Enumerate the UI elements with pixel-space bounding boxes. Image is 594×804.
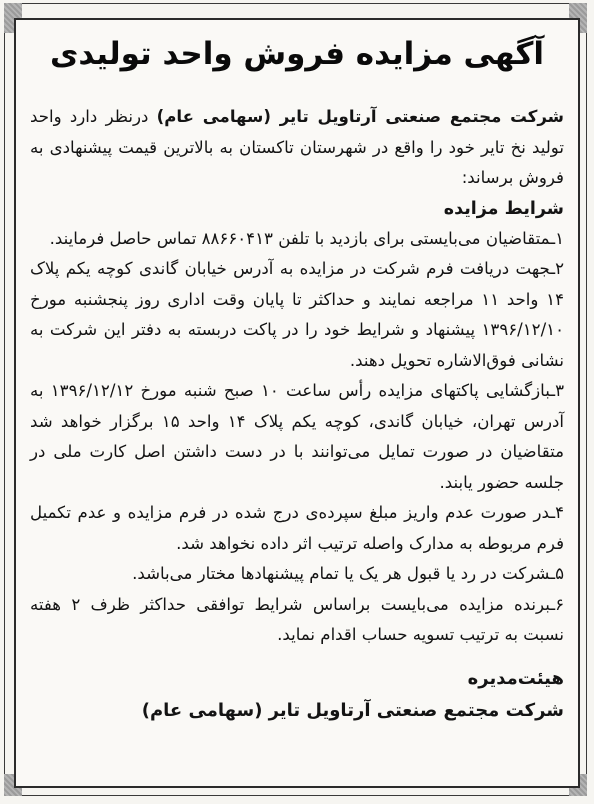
condition-item-2: ۲ـجهت دریافت فرم شرکت در مزایده به آدرس … [30, 254, 564, 376]
conditions-heading: شرایط مزایده [30, 194, 564, 224]
notice-box: آگهی مزایده فروش واحد تولیدی شرکت مجتمع … [14, 18, 580, 788]
intro-paragraph: شرکت مجتمع صنعتی آرتاویل تایر (سهامی عام… [30, 102, 564, 194]
condition-item-1: ۱ـمتقاضیان می‌بایستی برای بازدید با تلفن… [30, 224, 564, 255]
condition-item-5: ۵ـشرکت در رد یا قبول هر یک یا تمام پیشنه… [30, 559, 564, 590]
signature-board: هیئت‌مدیره [30, 663, 564, 695]
notice-title: آگهی مزایده فروش واحد تولیدی [30, 32, 564, 76]
condition-item-6: ۶ـبرنده مزایده می‌بایست براساس شرایط توا… [30, 590, 564, 651]
condition-item-3: ۳ـبازگشایی پاکتهای مزایده رأس ساعت ۱۰ صب… [30, 376, 564, 498]
signature-block: هیئت‌مدیره شرکت مجتمع صنعتی آرتاویل تایر… [30, 663, 564, 727]
company-name: شرکت مجتمع صنعتی آرتاویل تایر (سهامی عام… [157, 107, 564, 126]
signature-company: شرکت مجتمع صنعتی آرتاویل تایر (سهامی عام… [30, 695, 564, 727]
conditions-list: ۱ـمتقاضیان می‌بایستی برای بازدید با تلفن… [30, 224, 564, 651]
condition-item-4: ۴ـدر صورت عدم واریز مبلغ سپرده‌ی درج شده… [30, 498, 564, 559]
